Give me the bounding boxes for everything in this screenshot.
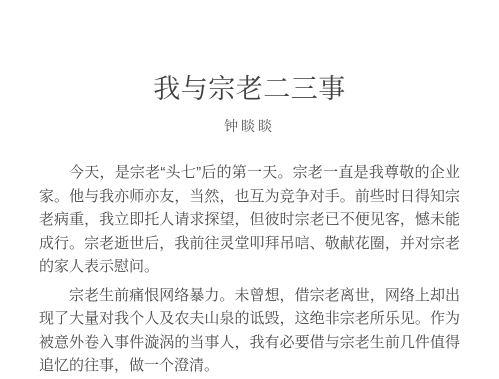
article-author: 钟睒睒 — [0, 118, 499, 134]
article-page: 我与宗老二三事 钟睒睒 今天，是宗老“头七”后的第一天。宗老一直是我尊敬的企业家… — [0, 0, 499, 379]
article-title: 我与宗老二三事 — [0, 74, 499, 104]
article-body: 今天，是宗老“头七”后的第一天。宗老一直是我尊敬的企业家。他与我亦师亦友，当然，… — [0, 161, 499, 378]
article-paragraph-1: 今天，是宗老“头七”后的第一天。宗老一直是我尊敬的企业家。他与我亦师亦友，当然，… — [39, 161, 460, 279]
article-paragraph-2: 宗老生前痛恨网络暴力。未曾想，借宗老离世，网络上却出现了大量对我个人及农夫山泉的… — [39, 284, 460, 378]
